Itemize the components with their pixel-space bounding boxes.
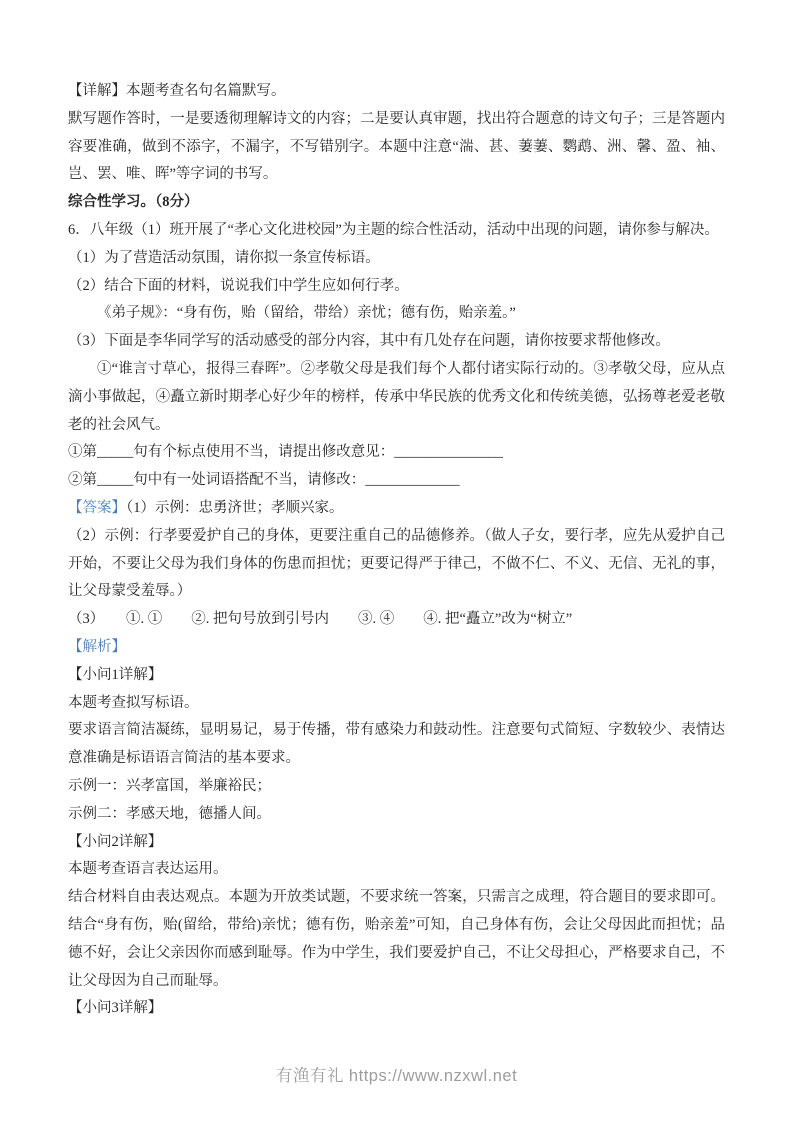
blank-collocation-question: ②第_____句中有一处词语搭配不当，请修改：_____________ [68,467,725,495]
exam-answer-page: 【详解】本题考查名句名篇默写。 默写题作答时，一是要透彻理解诗文的内容；二是要认… [0,0,793,1122]
analysis-label: 【解析】 [68,639,126,655]
detail-note-label-line: 【详解】本题考查名句名篇默写。 [68,78,725,106]
question-6-part3: （3）下面是李华同学写的活动感受的部分内容，其中有几处存在问题，请你按要求帮他修… [68,328,725,356]
answer-part1-text: （1）示例：忠勇济世；孝顺兴家。 [126,500,344,516]
dictation-guidance: 默写题作答时，一是要透彻理解诗文的内容；二是要认真审题，找出符合题意的诗文句子；… [68,106,725,189]
subquestion1-example2: 示例二：孝感天地，德播人间。 [68,801,725,829]
subquestion2-label: 【小问2详解】 [68,829,725,857]
blank-punctuation-question: ①第_____句有个标点使用不当，请提出修改意见：_______________ [68,439,725,467]
question-6-stem: 6．八年级（1）班开展了“孝心文化进校园”为主题的综合性活动，活动中出现的问题，… [68,217,725,245]
answer-part3: （3） ①. ① ②. 把句号放到引号内 ③. ④ ④. 把“矗立”改为“树立” [68,606,725,634]
watermark-footer: 有渔有礼 https://www.nzxwl.net [0,1062,793,1086]
section-heading: 综合性学习。（8分） [68,189,725,217]
subquestion2-explain: 结合材料自由表达观点。本题为开放类试题，不要求统一答案，只需言之成理，符合题目的… [68,884,725,995]
subquestion1-explain: 要求语言简洁凝练，显明易记，易于传播，带有感染力和鼓动性。注意要句式简短、字数较… [68,717,725,773]
subquestion1-example1: 示例一：兴孝富国，举廉裕民； [68,773,725,801]
dizigui-quote: 《弟子规》：“身有伤，贻（留给，带给）亲忧；德有伤，贻亲羞。” [68,300,725,328]
subquestion2-intro: 本题考查语言表达运用。 [68,856,725,884]
analysis-label-line: 【解析】 [68,634,725,662]
question-6-part2: （2）结合下面的材料，说说我们中学生应如何行孝。 [68,273,725,301]
subquestion1-intro: 本题考查拟写标语。 [68,690,725,718]
answer-part2: （2）示例：行孝要爱护自己的身体，更要注重自己的品德修养。（做人子女，要行孝，应… [68,523,725,606]
subquestion1-label: 【小问1详解】 [68,662,725,690]
subquestion3-label: 【小问3详解】 [68,995,725,1023]
student-passage: ①“谁言寸草心，报得三春晖”。②孝敬父母是我们每个人都付诸实际行动的。③孝敬父母… [68,356,725,439]
document-body: 【详解】本题考查名句名篇默写。 默写题作答时，一是要透彻理解诗文的内容；二是要认… [68,78,725,1023]
answer-label: 【答案】 [68,500,126,516]
question-6-part1: （1）为了营造活动氛围，请你拟一条宣传标语。 [68,245,725,273]
answer-line-part1: 【答案】（1）示例：忠勇济世；孝顺兴家。 [68,495,725,523]
